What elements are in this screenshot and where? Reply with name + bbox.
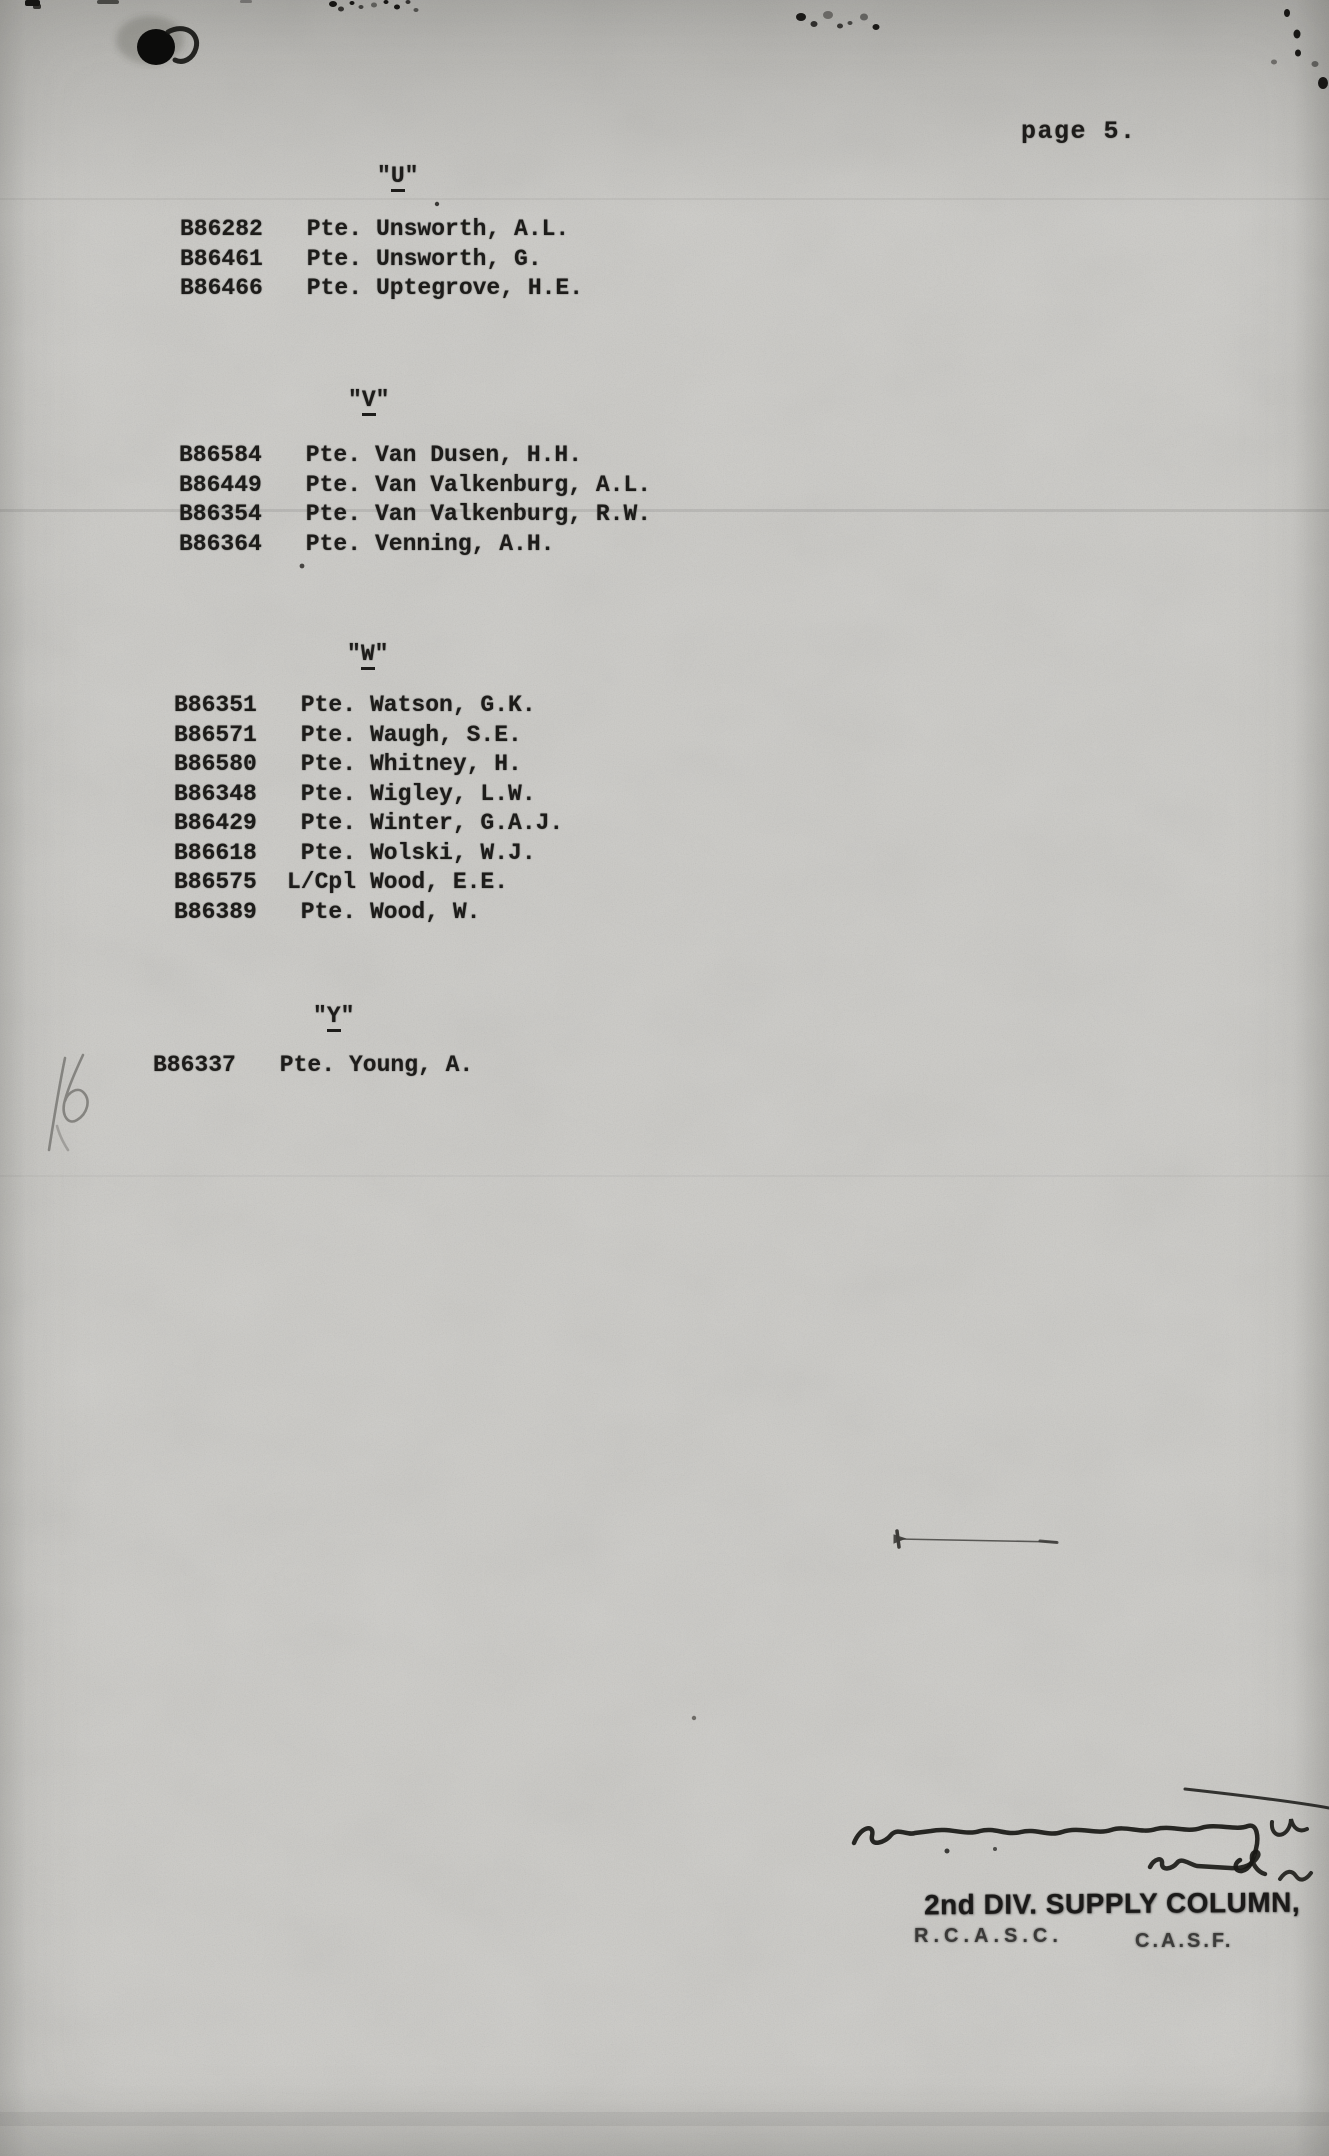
scan-shade-bottom (0, 2086, 1329, 2156)
quote-mark: " (313, 1003, 327, 1029)
roster-service-number: B86466 (180, 274, 292, 304)
section-letter: W (361, 641, 375, 670)
quote-mark: " (377, 163, 391, 189)
unit-stamp-casf: C.A.S.F. (1135, 1930, 1233, 1953)
scan-artifact-line (0, 198, 1329, 200)
roster-surname-initials: Van Dusen, H.H. (375, 441, 582, 471)
roster-surname-initials: Waugh, S.E. (370, 721, 522, 751)
page-number: page 5. (1021, 117, 1137, 146)
roster-rank: Pte. (286, 691, 356, 721)
signature-scrawl (854, 1789, 1329, 1880)
document-page: page 5. "U" B86282Pte.Unsworth, A.L.B864… (0, 0, 1329, 2156)
roster-service-number: B86389 (174, 898, 286, 928)
unit-stamp-rcasc: R.C.A.S.C. (914, 1925, 1063, 1948)
roster-row: B86584Pte.Van Dusen, H.H. (179, 441, 651, 471)
section-heading-y: "Y" (313, 1002, 354, 1031)
scan-artifact-line (0, 1175, 1329, 1177)
roster-service-number: B86354 (179, 500, 291, 530)
roster-row: B86282Pte.Unsworth, A.L. (180, 215, 583, 245)
roster-surname-initials: Van Valkenburg, R.W. (375, 500, 651, 530)
roster-row: B86575L/CplWood, E.E. (174, 868, 563, 898)
arrow-mark (894, 1531, 1057, 1547)
ink-blot (116, 16, 197, 65)
speck (300, 564, 305, 569)
roster-surname-initials: Uptegrove, H.E. (376, 274, 583, 304)
roster-row: B86348Pte.Wigley, L.W. (174, 780, 563, 810)
roster-service-number: B86618 (174, 839, 286, 869)
roster-surname-initials: Wigley, L.W. (370, 780, 536, 810)
roster-surname-initials: Wood, W. (370, 898, 480, 928)
quote-mark: " (341, 1003, 355, 1029)
section-letter: V (362, 387, 376, 416)
roster-service-number: B86584 (179, 441, 291, 471)
roster-rank: Pte. (286, 780, 356, 810)
roster-surname-initials: Unsworth, G. (376, 245, 542, 275)
roster-service-number: B86282 (180, 215, 292, 245)
section-letter: Y (327, 1003, 341, 1032)
roster-service-number: B86351 (174, 691, 286, 721)
roster-rank: Pte. (292, 274, 362, 304)
roster-service-number: B86429 (174, 809, 286, 839)
roster-row: B86354Pte.Van Valkenburg, R.W. (179, 500, 651, 530)
speck (435, 202, 439, 206)
section-heading-u: "U" (377, 162, 418, 191)
roster-service-number: B86348 (174, 780, 286, 810)
roster-surname-initials: Wolski, W.J. (370, 839, 536, 869)
roster-row: B86618Pte.Wolski, W.J. (174, 839, 563, 869)
roster-rank: Pte. (291, 471, 361, 501)
scan-shade-top (0, 0, 1329, 215)
roster-surname-initials: Watson, G.K. (370, 691, 536, 721)
handwritten-16 (49, 1055, 88, 1150)
roster-surname-initials: Unsworth, A.L. (376, 215, 569, 245)
roster-row: B86580Pte.Whitney, H. (174, 750, 563, 780)
roster-list-w: B86351Pte.Watson, G.K.B86571Pte.Waugh, S… (174, 691, 563, 927)
roster-rank: Pte. (291, 500, 361, 530)
roster-surname-initials: Van Valkenburg, A.L. (375, 471, 651, 501)
section-heading-v: "V" (348, 386, 389, 415)
roster-row: B86571Pte.Waugh, S.E. (174, 721, 563, 751)
roster-row: B86389Pte.Wood, W. (174, 898, 563, 928)
roster-rank: Pte. (291, 530, 361, 560)
quote-mark: " (348, 387, 362, 413)
roster-rank: Pte. (265, 1051, 335, 1081)
edge-speckles-top-left (25, 0, 419, 12)
roster-rank: Pte. (286, 839, 356, 869)
roster-row: B86429Pte.Winter, G.A.J. (174, 809, 563, 839)
roster-row: B86337Pte.Young, A. (153, 1051, 473, 1081)
roster-list-u: B86282Pte.Unsworth, A.L.B86461Pte.Unswor… (180, 215, 583, 304)
roster-rank: Pte. (292, 245, 362, 275)
roster-row: B86449Pte.Van Valkenburg, A.L. (179, 471, 651, 501)
roster-rank: L/Cpl (286, 868, 356, 898)
edge-speckles-top-middle (796, 11, 880, 30)
roster-service-number: B86461 (180, 245, 292, 275)
roster-rank: Pte. (286, 721, 356, 751)
roster-row: B86351Pte.Watson, G.K. (174, 691, 563, 721)
edge-speckles-top-right (1271, 9, 1328, 89)
scan-shade-right (1295, 0, 1329, 2156)
quote-mark: " (376, 387, 390, 413)
roster-service-number: B86449 (179, 471, 291, 501)
roster-row: B86364Pte.Venning, A.H. (179, 530, 651, 560)
roster-rank: Pte. (286, 809, 356, 839)
roster-list-v: B86584Pte.Van Dusen, H.H.B86449Pte.Van V… (179, 441, 651, 559)
scan-artifact-line (0, 2112, 1329, 2126)
section-heading-w: "W" (347, 640, 388, 669)
quote-mark: " (347, 641, 361, 667)
quote-mark: " (405, 163, 419, 189)
roster-rank: Pte. (286, 898, 356, 928)
roster-service-number: B86571 (174, 721, 286, 751)
roster-rank: Pte. (286, 750, 356, 780)
roster-list-y: B86337Pte.Young, A. (153, 1051, 473, 1081)
roster-service-number: B86337 (153, 1051, 265, 1081)
section-letter: U (391, 163, 405, 192)
roster-surname-initials: Winter, G.A.J. (370, 809, 563, 839)
roster-rank: Pte. (291, 441, 361, 471)
scan-shade-left (0, 0, 26, 2156)
speck (692, 1716, 696, 1720)
roster-surname-initials: Young, A. (349, 1051, 473, 1081)
unit-stamp-line1: 2nd DIV. SUPPLY COLUMN, (924, 1887, 1300, 1922)
roster-row: B86466Pte.Uptegrove, H.E. (180, 274, 583, 304)
roster-service-number: B86575 (174, 868, 286, 898)
roster-row: B86461Pte.Unsworth, G. (180, 245, 583, 275)
roster-surname-initials: Wood, E.E. (370, 868, 508, 898)
roster-surname-initials: Whitney, H. (370, 750, 522, 780)
roster-service-number: B86580 (174, 750, 286, 780)
quote-mark: " (375, 641, 389, 667)
roster-service-number: B86364 (179, 530, 291, 560)
roster-surname-initials: Venning, A.H. (375, 530, 554, 560)
roster-rank: Pte. (292, 215, 362, 245)
